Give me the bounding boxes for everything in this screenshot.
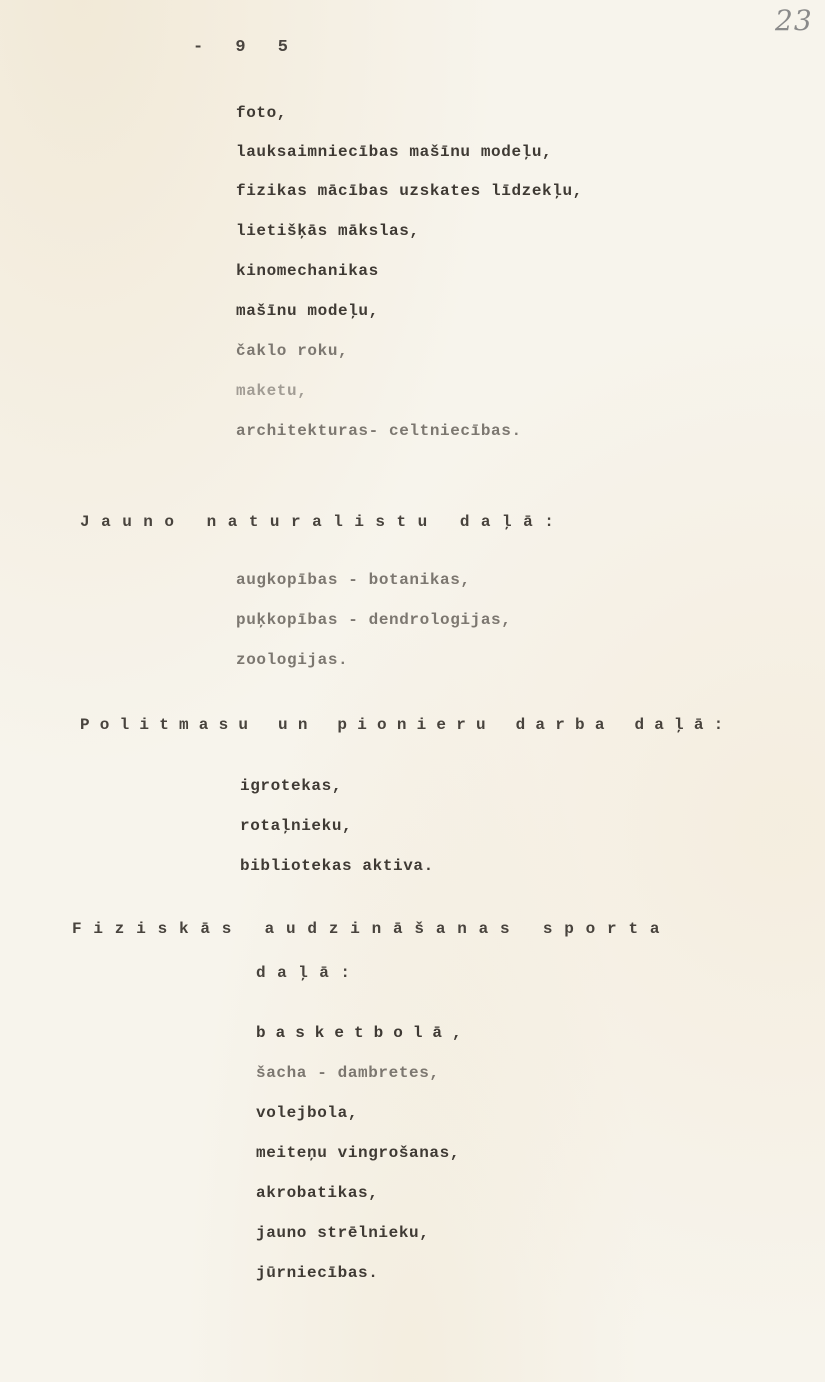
list-item: volejbola,	[256, 1104, 358, 1122]
list-item: meiteņu vingrošanas,	[256, 1144, 460, 1162]
list-item: čaklo roku,	[236, 342, 348, 360]
list-item: lauksaimniecības mašīnu modeļu,	[236, 143, 552, 161]
list-item: augkopības - botanikas,	[236, 571, 471, 589]
list-item: basketbolā,	[256, 1024, 472, 1042]
list-item: jūrniecības.	[256, 1264, 378, 1282]
list-item: bibliotekas aktiva.	[240, 857, 434, 875]
list-item: rotaļnieku,	[240, 817, 352, 835]
archive-page-number: 23	[775, 4, 813, 37]
list-item: puķkopības - dendrologijas,	[236, 611, 511, 629]
list-item: zoologijas.	[236, 651, 348, 669]
page-number: - 9 5	[193, 38, 299, 57]
list-item: maketu,	[236, 382, 307, 400]
list-item: akrobatikas,	[256, 1184, 378, 1202]
list-item: mašīnu modeļu,	[236, 302, 379, 320]
list-item: fizikas mācības uzskates līdzekļu,	[236, 182, 583, 200]
section-heading: Fiziskās audzināšanas sporta	[72, 920, 671, 938]
list-item: lietišķās mākslas,	[236, 222, 420, 240]
section-heading: Politmasu un pionieru darba daļā:	[80, 716, 733, 734]
list-item: šacha - dambretes,	[256, 1064, 440, 1082]
list-item: architekturas- celtniecības.	[236, 422, 522, 440]
list-item: jauno strēlnieku,	[256, 1224, 429, 1242]
document-page	[0, 0, 825, 1382]
list-item: igrotekas,	[240, 777, 342, 795]
list-item: foto,	[236, 104, 287, 122]
list-item: kinomechanikas	[236, 262, 379, 280]
section-heading-continued: daļā:	[256, 964, 362, 982]
section-heading: Jauno naturalistu daļā:	[80, 513, 565, 531]
